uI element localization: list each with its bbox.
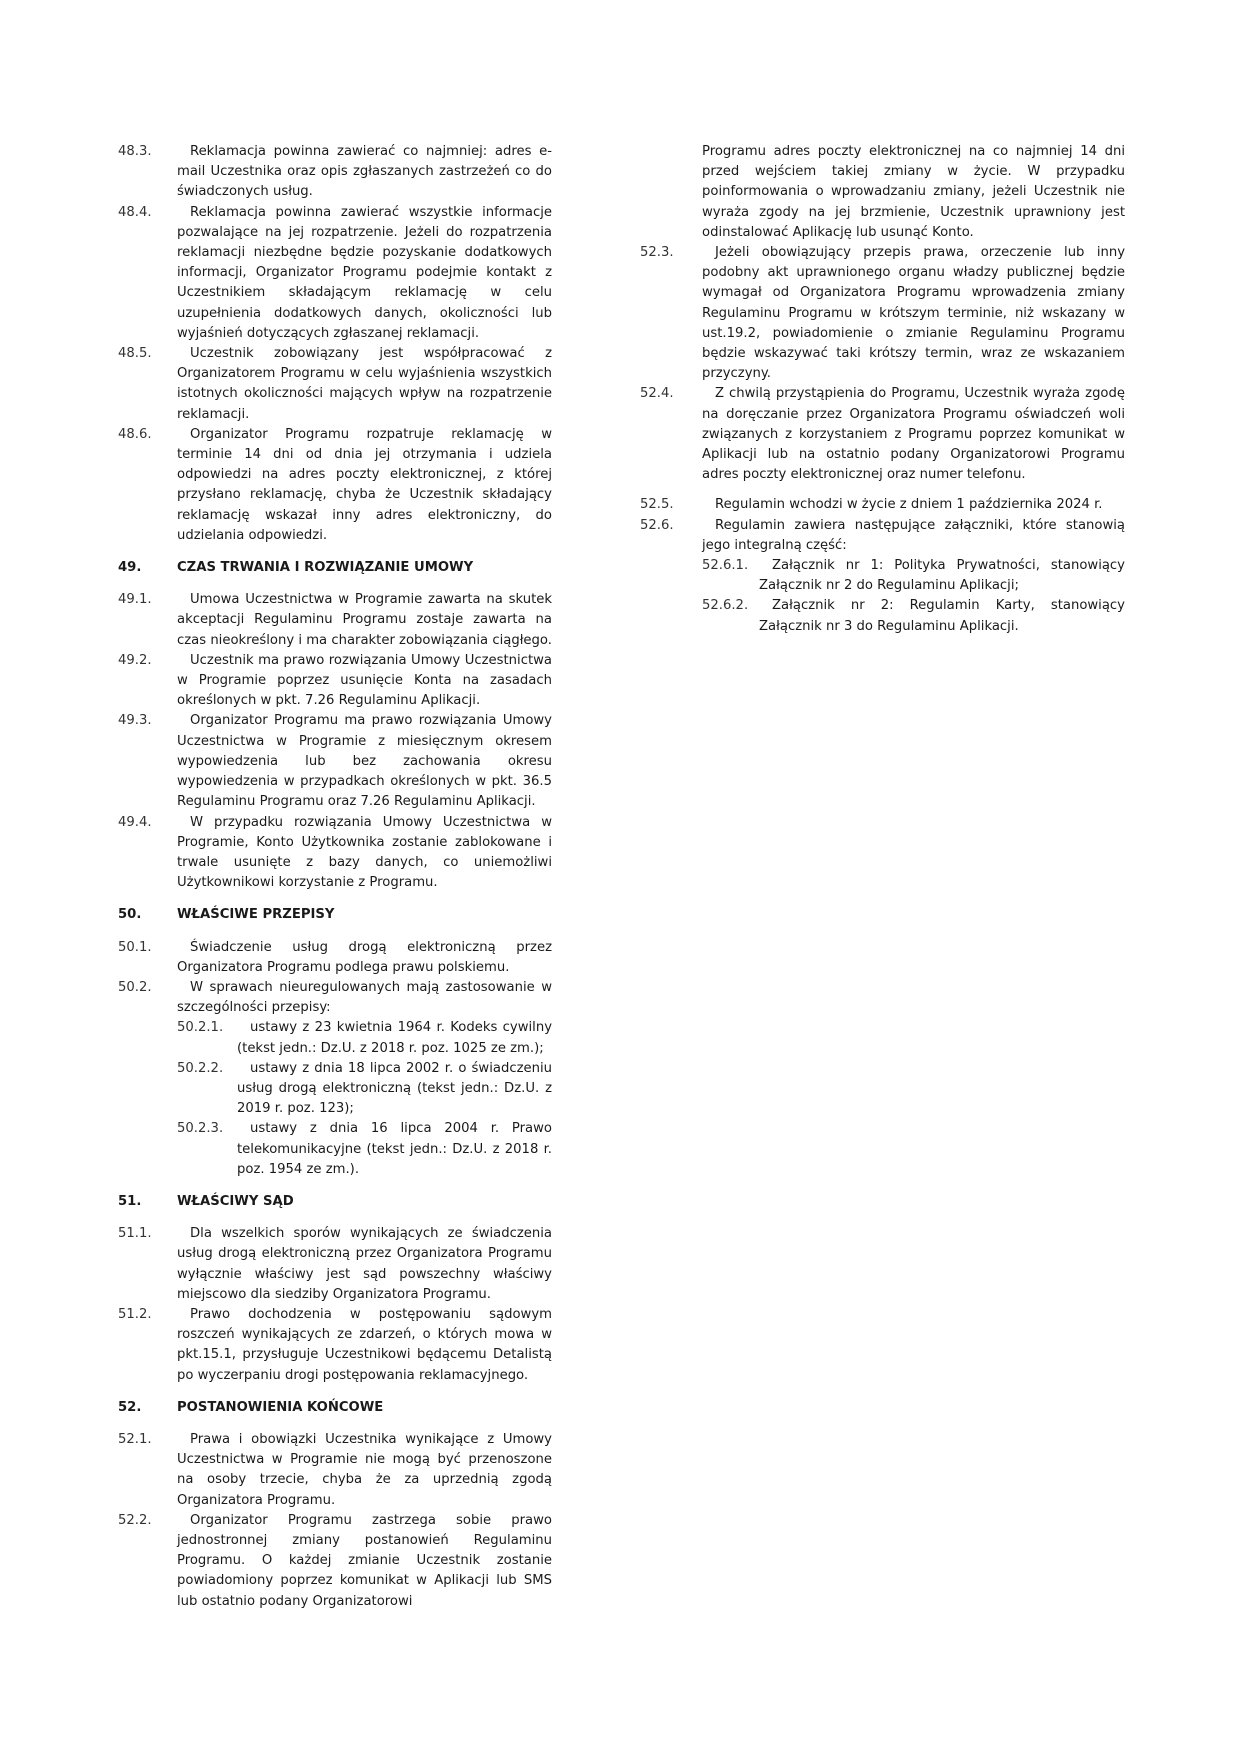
clause-text: Regulamin wchodzi w życie z dniem 1 paźd… [702,495,1125,515]
clause-52-2-continued: Programu adres poczty elektronicznej na … [640,142,1125,243]
clause-48-3: 48.3.Reklamacja powinna zawierać co najm… [118,142,552,203]
section-heading-51: 51.WŁAŚCIWY SĄD [118,1192,552,1212]
section-number: 51. [118,1192,141,1212]
clause-number: 52.6. [640,516,674,536]
clause-text: Załącznik nr 1: Polityka Prywatności, st… [759,556,1125,596]
clause-text: Programu adres poczty elektronicznej na … [702,142,1125,243]
clause-number: 52.1. [118,1430,152,1450]
clause-text: ustawy z 23 kwietnia 1964 r. Kodeks cywi… [237,1018,552,1058]
clause-50-2-1: 50.2.1.ustawy z 23 kwietnia 1964 r. Kode… [118,1018,552,1058]
clause-48-6: 48.6.Organizator Programu rozpatruje rek… [118,425,552,546]
section-title: WŁAŚCIWE PRZEPISY [177,907,334,922]
clause-52-1: 52.1.Prawa i obowiązki Uczestnika wynika… [118,1430,552,1511]
clause-text: Regulamin zawiera następujące załączniki… [702,516,1125,556]
clause-text: Organizator Programu ma prawo rozwiązani… [177,711,552,812]
clause-text: Prawo dochodzenia w postępowaniu sądowym… [177,1305,552,1386]
clause-number: 52.6.2. [702,596,748,616]
clause-number: 50.1. [118,938,152,958]
clause-text: ustawy z dnia 18 lipca 2002 r. o świadcz… [237,1059,552,1120]
clause-number: 48.4. [118,203,152,223]
clause-text: Z chwilą przystąpienia do Programu, Ucze… [702,384,1125,485]
clause-51-1: 51.1.Dla wszelkich sporów wynikających z… [118,1224,552,1305]
clause-text: Dla wszelkich sporów wynikających ze świ… [177,1224,552,1305]
section-title: WŁAŚCIWY SĄD [177,1194,294,1209]
clause-number: 52.2. [118,1511,152,1531]
clause-50-2-3: 50.2.3.ustawy z dnia 16 lipca 2004 r. Pr… [118,1119,552,1180]
section-number: 52. [118,1398,141,1418]
clause-text: Jeżeli obowiązujący przepis prawa, orzec… [702,243,1125,384]
clause-number: 50.2. [118,978,152,998]
clause-52-2: 52.2.Organizator Programu zastrzega sobi… [118,1511,552,1612]
clause-text: W sprawach nieuregulowanych mają zastoso… [177,978,552,1018]
clause-52-6: 52.6.Regulamin zawiera następujące załąc… [640,516,1125,556]
clause-text: Reklamacja powinna zawierać co najmniej:… [177,142,552,203]
clause-text: Załącznik nr 2: Regulamin Karty, stanowi… [759,596,1125,636]
clause-number: 48.3. [118,142,152,162]
clause-number: 49.1. [118,590,152,610]
clause-52-5: 52.5.Regulamin wchodzi w życie z dniem 1… [640,495,1125,515]
clause-49-2: 49.2.Uczestnik ma prawo rozwiązania Umow… [118,651,552,712]
clause-49-1: 49.1.Umowa Uczestnictwa w Programie zawa… [118,590,552,651]
clause-number: 52.6.1. [702,556,748,576]
clause-number: 51.1. [118,1224,152,1244]
clause-text: Organizator Programu rozpatruje reklamac… [177,425,552,546]
clause-number: 50.2.1. [177,1018,223,1038]
clause-52-6-1: 52.6.1.Załącznik nr 1: Polityka Prywatno… [640,556,1125,596]
clause-50-2: 50.2.W sprawach nieuregulowanych mają za… [118,978,552,1018]
clause-49-4: 49.4.W przypadku rozwiązania Umowy Uczes… [118,813,552,894]
section-heading-52: 52.POSTANOWIENIA KOŃCOWE [118,1398,552,1418]
clause-text: Umowa Uczestnictwa w Programie zawarta n… [177,590,552,651]
clause-number: 48.6. [118,425,152,445]
clause-text: Prawa i obowiązki Uczestnika wynikające … [177,1430,552,1511]
clause-text: W przypadku rozwiązania Umowy Uczestnict… [177,813,552,894]
clause-52-6-2: 52.6.2.Załącznik nr 2: Regulamin Karty, … [640,596,1125,636]
clause-49-3: 49.3.Organizator Programu ma prawo rozwi… [118,711,552,812]
right-column: Programu adres poczty elektronicznej na … [640,142,1125,637]
clause-number: 49.2. [118,651,152,671]
section-heading-49: 49.CZAS TRWANIA I ROZWIĄZANIE UMOWY [118,558,552,578]
clause-number: 50.2.2. [177,1059,223,1079]
clause-48-4: 48.4.Reklamacja powinna zawierać wszystk… [118,203,552,344]
clause-text: Świadczenie usług drogą elektroniczną pr… [177,938,552,978]
clause-number: 49.3. [118,711,152,731]
clause-text: ustawy z dnia 16 lipca 2004 r. Prawo tel… [237,1119,552,1180]
section-heading-50: 50.WŁAŚCIWE PRZEPISY [118,905,552,925]
clause-52-3: 52.3.Jeżeli obowiązujący przepis prawa, … [640,243,1125,384]
clause-number: 48.5. [118,344,152,364]
section-number: 50. [118,905,141,925]
clause-number: 52.4. [640,384,674,404]
clause-text: Organizator Programu zastrzega sobie pra… [177,1511,552,1612]
clause-52-4: 52.4.Z chwilą przystąpienia do Programu,… [640,384,1125,485]
clause-number: 49.4. [118,813,152,833]
section-number: 49. [118,558,141,578]
section-title: CZAS TRWANIA I ROZWIĄZANIE UMOWY [177,560,473,575]
section-title: POSTANOWIENIA KOŃCOWE [177,1400,383,1415]
clause-51-2: 51.2.Prawo dochodzenia w postępowaniu są… [118,1305,552,1386]
clause-50-1: 50.1.Świadczenie usług drogą elektronicz… [118,938,552,978]
clause-number: 52.3. [640,243,674,263]
clause-number: 51.2. [118,1305,152,1325]
left-column: 48.3.Reklamacja powinna zawierać co najm… [118,142,552,1612]
clause-50-2-2: 50.2.2.ustawy z dnia 18 lipca 2002 r. o … [118,1059,552,1120]
clause-number: 50.2.3. [177,1119,223,1139]
clause-48-5: 48.5.Uczestnik zobowiązany jest współpra… [118,344,552,425]
clause-number: 52.5. [640,495,674,515]
clause-text: Uczestnik zobowiązany jest współpracować… [177,344,552,425]
clause-text: Uczestnik ma prawo rozwiązania Umowy Ucz… [177,651,552,712]
clause-text: Reklamacja powinna zawierać wszystkie in… [177,203,552,344]
